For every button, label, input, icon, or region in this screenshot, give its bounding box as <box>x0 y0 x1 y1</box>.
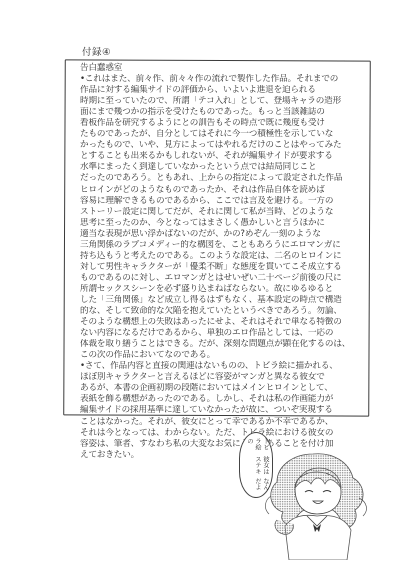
afterword-line: 体裁を取り繕うことはできる。だが、深刻な問題点が顕在化するのは、 <box>80 339 370 350</box>
afterword-line: 適当な表現が思い浮かばないのだが、かの?めぞん一刻のような <box>80 229 370 240</box>
afterword-line: ものであるのに対し、エロマンガとはせいぜい二十ページ前後の尺に <box>80 273 370 284</box>
afterword-line: たものであったが、自分としてはそれに今一つ積極性を示していな <box>80 129 370 140</box>
bubble-line-1: トビラ絵の <box>245 438 269 456</box>
afterword-line: 面にまで幾つかの指示を受けたものであった。もっと当該雑誌の <box>80 107 370 118</box>
afterword-line: かったもので、いや、見方によってはやれるだけのことはやってみた <box>80 140 370 151</box>
speech-bubble-text: トビラ絵の 彼女はステキ なんだよ <box>241 438 269 492</box>
afterword-line: そのような構想上の失敗はあったにせよ、それはそれで単なる特徴の <box>80 317 370 328</box>
afterword-line: 対して男性キャラクターが「優柔不断」な態度を貫いてこそ成立する <box>80 262 370 273</box>
afterword-line: ほぼ別キャラクターと言えるほどに容姿がマンガと異なる彼女で <box>80 372 370 383</box>
afterword-line: ない内容になるだけであるから、単独のエロ作品としては、一応の <box>80 328 370 339</box>
afterword-line: 編集サイドの採用基準に達していなかったが故に、ついぞ実現する <box>80 405 370 416</box>
afterword-line: 三角関係のラブコメディー的な構図を、こともあろうにエロマンガに <box>80 240 370 251</box>
afterword-line: 表紙を飾る構想があったのである。しかし、それは私の作画能力が <box>80 394 370 405</box>
afterword-line: とすることも出来るかもしれないが、それが編集サイドが要求する <box>80 151 370 162</box>
afterword-line: この次の作品においてなのである。 <box>80 350 370 361</box>
afterword-line: 容姿は、筆者、すなわち私の大変なお気に入りであることを付け加 <box>80 439 370 450</box>
afterword-title: 告白蠢惑室 <box>80 63 370 74</box>
afterword-line: した「三角関係」など成立し得るはずもなく、基本設定の時点で構造 <box>80 295 370 306</box>
page-label: 付録④ <box>82 44 111 58</box>
girl-illustration <box>255 450 395 560</box>
afterword-line: ストーリー設定に関してだが、それに関して私が当時、どのような <box>80 207 370 218</box>
afterword-line: それは今となっては、わからない。ただ、トビラ絵における彼女の <box>80 428 370 439</box>
afterword-line: あるが、本書の企画初期の段階においてはメインヒロインとして、 <box>80 383 370 394</box>
afterword-line: 時期に至っていたので、所謂「テコ入れ」として、登場キャラの造形 <box>80 96 370 107</box>
afterword-line: •さて、作品内容と直接の関連はないものの、トビラ絵に描かれる、 <box>80 361 370 372</box>
afterword-line: 容易に理解できるものであるから、ここでは言及を避ける。一方の <box>80 196 370 207</box>
afterword-line: ことはなかった。それが、彼女にとって幸であるか不幸であるか、 <box>80 417 370 428</box>
bubble-line-2: 彼女はステキ <box>253 456 269 478</box>
afterword-content: 告白蠢惑室 •これはまた、前々作、前々々作の流れで製作した作品。それまでの作品に… <box>80 63 370 461</box>
afterword-lines: •これはまた、前々作、前々々作の流れで製作した作品。それまでの作品に対する編集サ… <box>80 74 370 461</box>
afterword-line: 所謂セックスシーンを必ず盛り込まねばならない。故にゆるゆると <box>80 284 370 295</box>
afterword-line: 思考に至ったのか、今となってはまさしく愚かしいと言うほかに <box>80 218 370 229</box>
bubble-line-3: なんだよ <box>253 478 269 492</box>
face-icon <box>295 468 341 514</box>
afterword-line: •これはまた、前々作、前々々作の流れで製作した作品。それまでの <box>80 74 370 85</box>
afterword-line: ヒロインがどのようなものであったか、それは作品自体を読めば <box>80 185 370 196</box>
afterword-line: 水準にまったく到達していなかったという点では結局同じこと <box>80 162 370 173</box>
afterword-line: 的な、そして致命的な欠陥を抱えていたというべきであろう。勿論、 <box>80 306 370 317</box>
afterword-line: だったのであろう。ともあれ、上からの指定によって設定された作品 <box>80 173 370 184</box>
afterword-line: 看板作品を研究するようにとの訓告もその時点で既に幾度も受け <box>80 118 370 129</box>
afterword-line: 作品に対する編集サイドの評価から、いよいよ進退を迫られる <box>80 85 370 96</box>
afterword-line: 持ち込もうと考えたのである。このような設定は、二名のヒロインに <box>80 251 370 262</box>
